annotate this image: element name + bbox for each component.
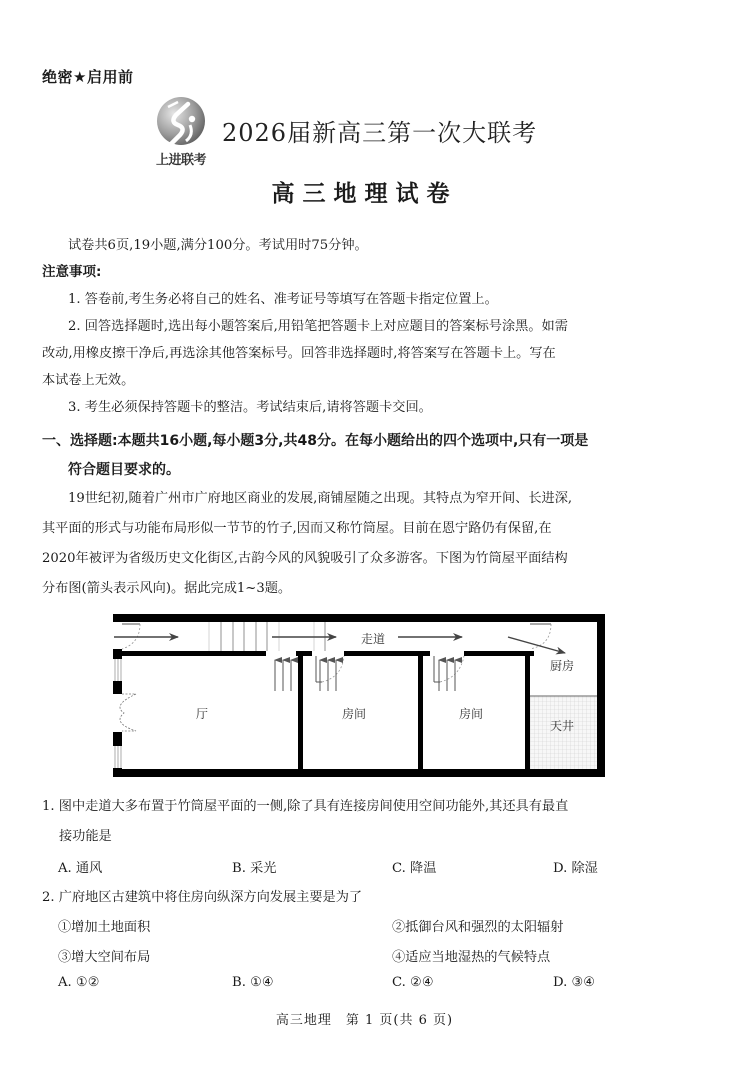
logo-text: 上进联考 [147,149,215,168]
q1-option-a[interactable]: A. 通风 [58,857,102,876]
bamboo-house-floor-plan: 走道 厅 房间 房间 厨房 天井 [110,605,610,785]
notice-heading: 注意事项: [42,259,692,286]
notice-item-2-cont: 改动,用橡皮擦干净后,再选涂其他答案标号。回答非选择题时,将答案写在答题卡上。写… [42,340,692,367]
q1-option-c[interactable]: C. 降温 [392,857,436,876]
label-room-1: 房间 [342,706,366,721]
page-footer: 高三地理 第 1 页(共 6 页) [0,1009,729,1028]
q2-statement-2: ②抵御台风和强烈的太阳辐射 [392,916,563,935]
label-courtyard: 天井 [550,718,574,733]
question-2-stem: 2. 广府地区古建筑中将住房向纵深方向发展主要是为了 [42,886,362,905]
exam-summary: 试卷共6页,19小题,满分100分。考试用时75分钟。 [42,232,692,259]
floor-plan-figure: 走道 厅 房间 房间 厨房 天井 [110,605,610,789]
notice-item-2-cont2: 本试卷上无效。 [42,367,692,394]
q1-option-d[interactable]: D. 除湿 [553,857,598,876]
exam-title: 2026届新高三第一次大联考 [222,113,537,148]
section-heading-cont: 符合题目要求的。 [42,456,702,484]
label-hall: 厅 [196,707,208,721]
q2-statement-4: ④适应当地湿热的气候特点 [392,946,550,965]
section-heading: 一、选择题:本题共16小题,每小题3分,共48分。在每小题给出的四个选项中,只有… [42,426,702,456]
q2-statement-1: ①增加土地面积 [58,916,150,935]
label-room-2: 房间 [459,706,483,721]
q2-option-c[interactable]: C. ②④ [392,975,434,990]
passage-line-2: 其平面的形式与功能布局形似一节节的竹子,因而又称竹筒屋。目前在恩宁路仍有保留,在 [42,514,702,544]
subject-title: 高三地理试卷 [0,175,729,208]
passage-line-1: 19世纪初,随着广州市广府地区商业的发展,商铺屋随之出现。其特点为窄开间、长进深… [42,484,702,514]
q1-option-b[interactable]: B. 采光 [232,857,276,876]
instructions-block: 试卷共6页,19小题,满分100分。考试用时75分钟。 注意事项: 1. 答卷前… [42,232,692,421]
passage-line-3: 2020年被评为省级历史文化街区,古韵今风的风貌吸引了众多游客。下图为竹筒屋平面… [42,544,702,574]
q2-statement-3: ③增大空间布局 [58,946,150,965]
q2-option-b[interactable]: B. ①④ [232,975,274,990]
notice-item-3: 3. 考生必须保持答题卡的整洁。考试结束后,请将答题卡交回。 [42,394,692,421]
wind-arrows-corridor [114,637,565,653]
notice-item-1: 1. 答卷前,考生务必将自己的姓名、准考证号等填写在答题卡指定位置上。 [42,286,692,313]
section-1: 一、选择题:本题共16小题,每小题3分,共48分。在每小题给出的四个选项中,只有… [42,426,702,604]
notice-item-2: 2. 回答选择题时,选出每小题答案后,用铅笔把答题卡上对应题目的答案标号涂黑。如… [42,313,692,340]
q2-option-a[interactable]: A. ①② [58,975,100,990]
question-1-stem: 1. 图中走道大多布置于竹筒屋平面的一侧,除了具有连接房间使用空间功能外,其还具… [42,792,702,822]
label-corridor: 走道 [361,631,385,646]
label-kitchen: 厨房 [550,658,574,673]
q2-option-d[interactable]: D. ③④ [553,975,595,990]
confidential-mark: 绝密★启用前 [42,66,133,87]
passage-line-4: 分布图(箭头表示风向)。据此完成1~3题。 [42,574,702,604]
question-1: 1. 图中走道大多布置于竹筒屋平面的一侧,除了具有连接房间使用空间功能外,其还具… [42,792,702,852]
shangjin-logo: 上进联考 [150,95,212,167]
question-1-stem-cont: 接功能是 [42,822,702,852]
